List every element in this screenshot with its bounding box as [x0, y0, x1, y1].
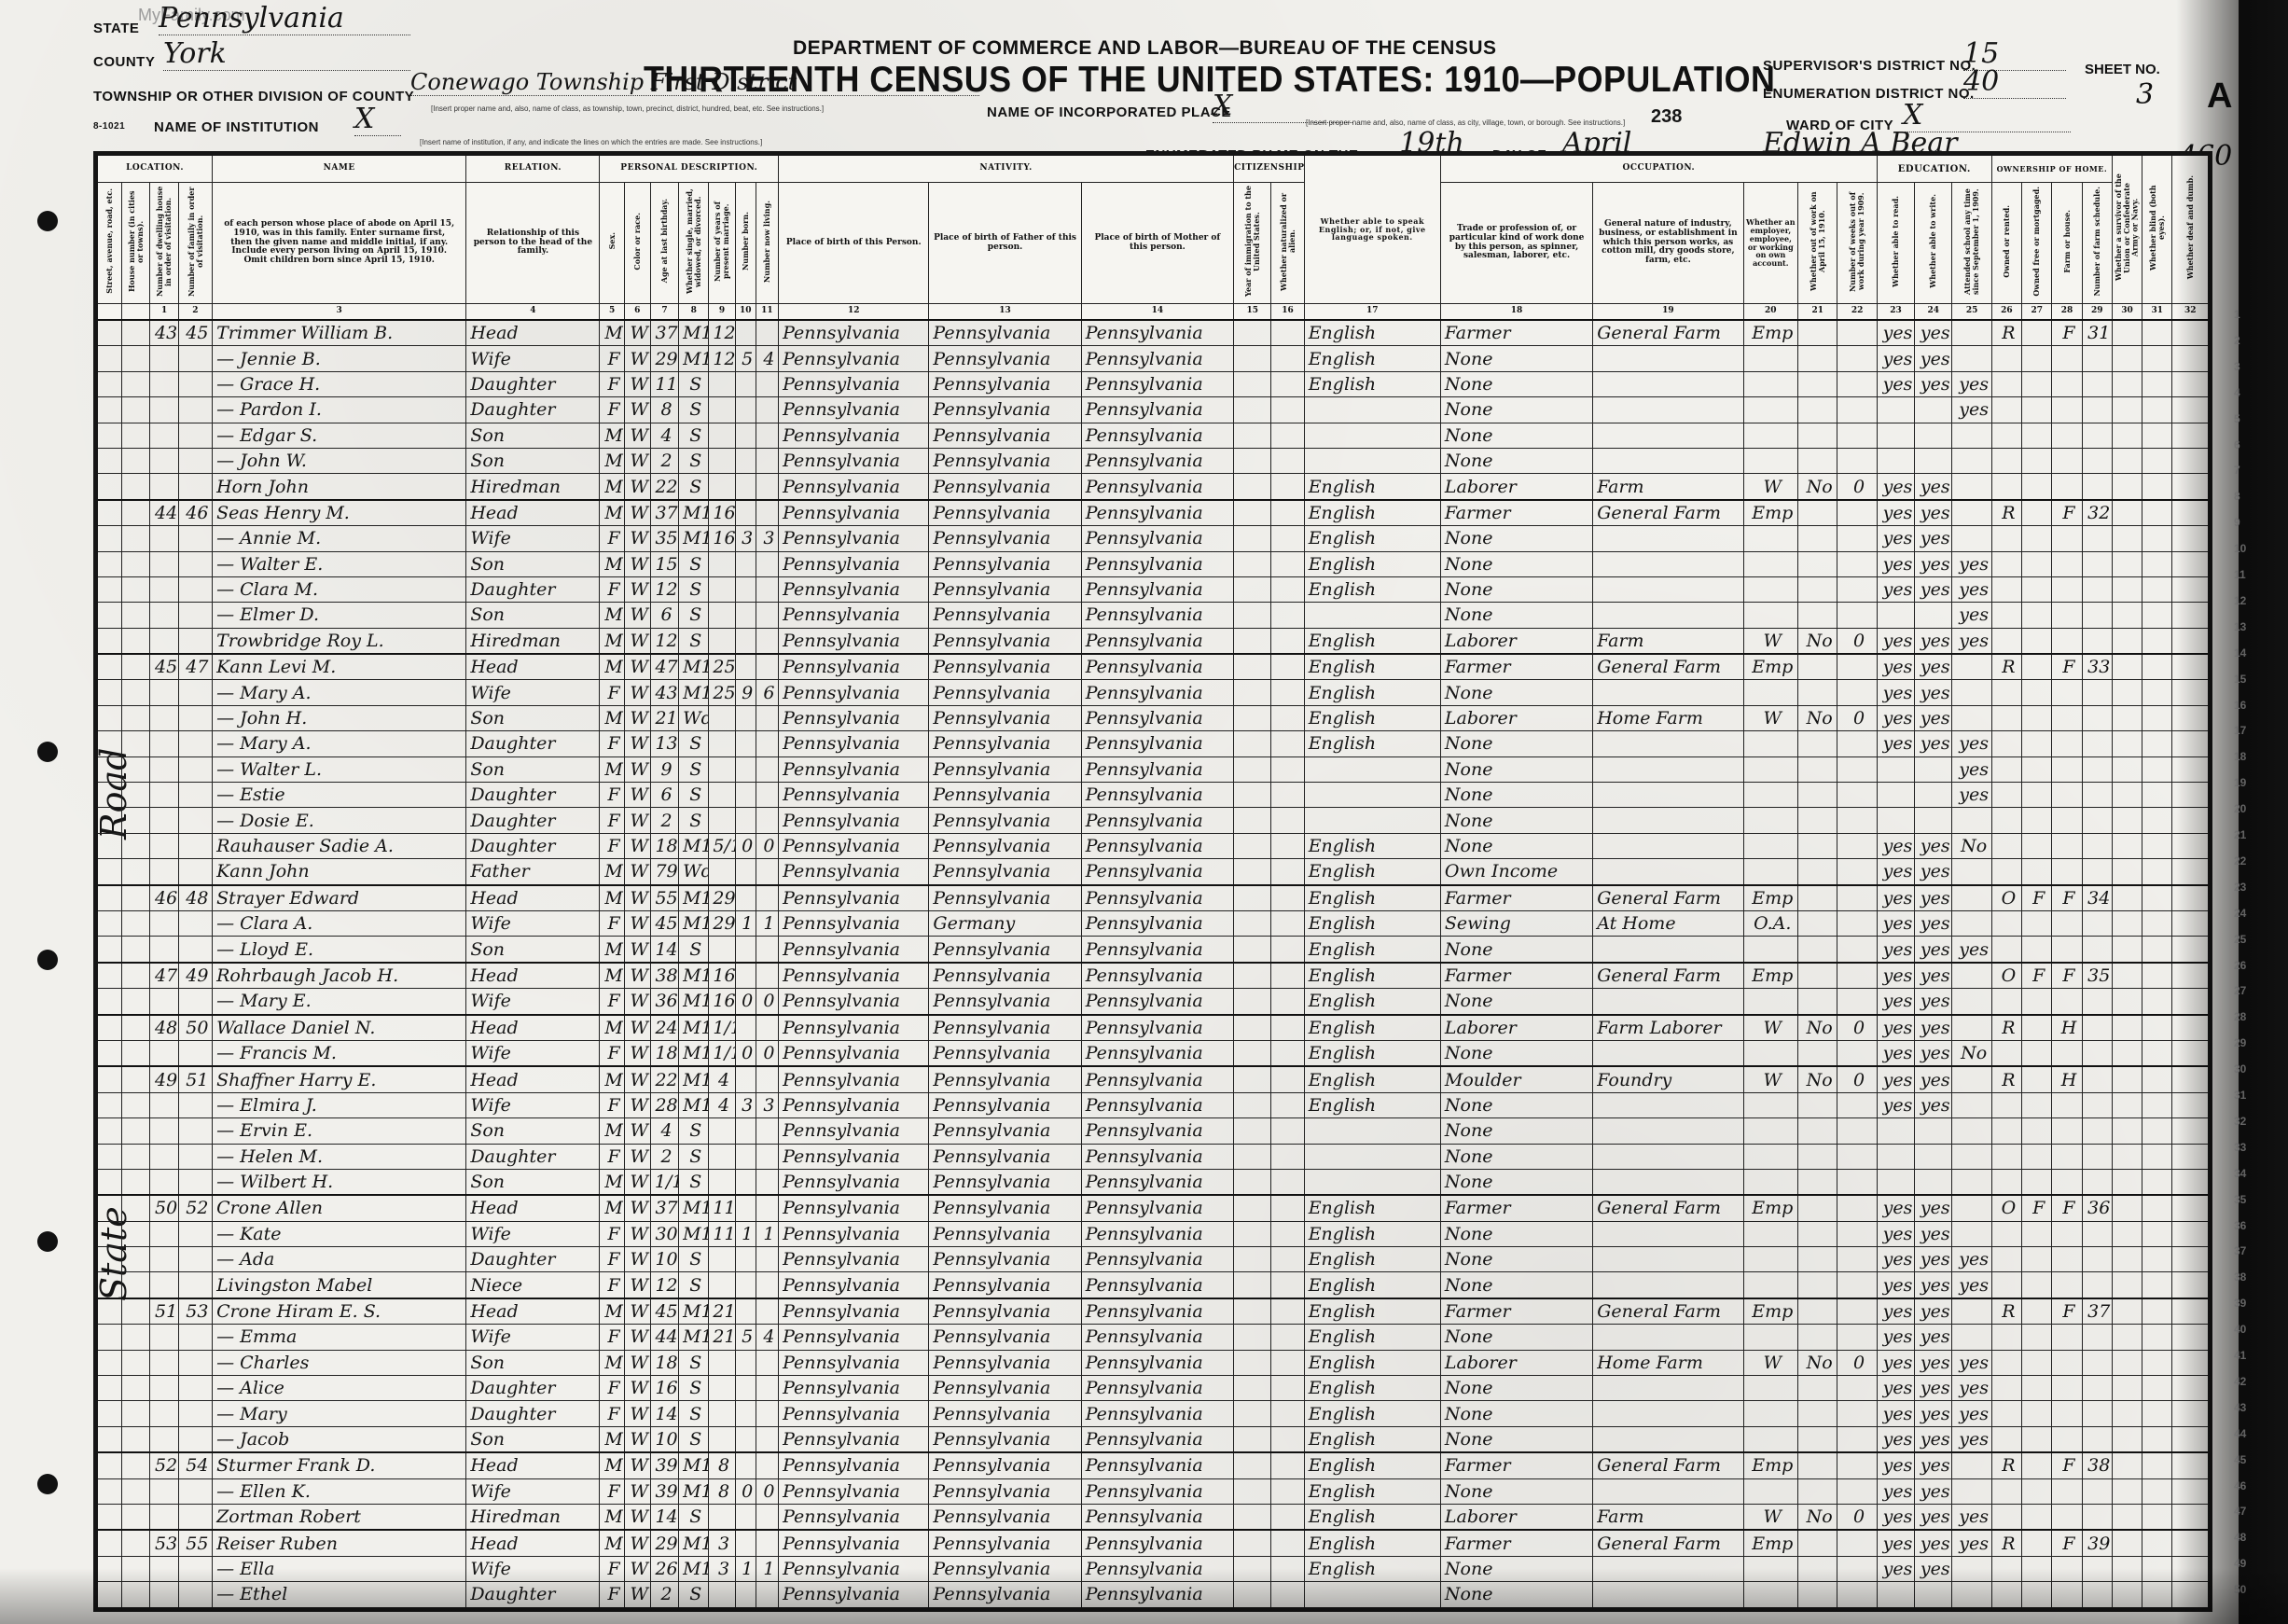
relationship-cell: Son — [466, 1118, 600, 1144]
blind-cell — [2142, 320, 2172, 346]
person-name-cell: Rauhauser Sadie A. — [213, 833, 466, 858]
naturalization-cell — [1271, 1272, 1304, 1298]
dwelling-number-cell — [150, 1426, 178, 1452]
column-number: 6 — [624, 304, 650, 321]
school-attendance-cell — [1952, 346, 1991, 371]
header-survivor: Whether a survivor of the Union or Confe… — [2112, 154, 2142, 304]
sex-cell: F — [600, 1478, 624, 1504]
person-name-cell: — Walter E. — [213, 551, 466, 576]
header-name: of each person whose place of abode on A… — [213, 183, 466, 304]
industry-cell — [1593, 1040, 1743, 1066]
free-mortgaged-cell — [2022, 423, 2052, 448]
birthplace-cell: Pennsylvania — [779, 705, 929, 730]
immigration-year-cell — [1234, 1015, 1271, 1041]
age-cell: 22 — [650, 1066, 678, 1092]
father-birthplace-cell: Pennsylvania — [929, 1478, 1081, 1504]
blind-cell — [2142, 1478, 2172, 1504]
free-mortgaged-cell — [2022, 1272, 2052, 1298]
school-attendance-cell: yes — [1952, 1426, 1991, 1452]
out-of-work-cell — [1798, 397, 1837, 423]
mother-birthplace-cell: Pennsylvania — [1081, 1195, 1233, 1221]
age-cell: 14 — [650, 1504, 678, 1530]
owned-rented-cell — [1991, 1272, 2021, 1298]
immigration-year-cell — [1234, 371, 1271, 396]
naturalization-cell — [1271, 1092, 1304, 1117]
family-number-cell: 54 — [178, 1452, 212, 1478]
dwelling-number-cell — [150, 576, 178, 602]
house-number-cell — [122, 1504, 150, 1530]
school-attendance-cell — [1952, 526, 1991, 551]
school-attendance-cell — [1952, 654, 1991, 680]
enumeration-district: 40 — [1963, 65, 2066, 99]
trade-cell: Farmer — [1440, 1530, 1592, 1556]
school-attendance-cell: yes — [1952, 731, 1991, 756]
blind-cell — [2142, 1040, 2172, 1066]
farm-house-cell — [2052, 910, 2082, 936]
relationship-cell: Son — [466, 1426, 600, 1452]
family-number-cell — [178, 1040, 212, 1066]
person-name-cell: — Edgar S. — [213, 423, 466, 448]
industry-cell: Farm — [1593, 1504, 1743, 1530]
trade-cell: None — [1440, 1040, 1592, 1066]
years-married-cell: 16 — [709, 963, 735, 989]
owned-rented-cell — [1991, 1144, 2021, 1169]
dwelling-number-cell — [150, 423, 178, 448]
age-cell: 9 — [650, 756, 678, 782]
naturalization-cell — [1271, 397, 1304, 423]
relationship-cell: Son — [466, 1350, 600, 1375]
father-birthplace-cell: Pennsylvania — [929, 1118, 1081, 1144]
house-number-cell — [122, 500, 150, 526]
farm-schedule-cell: 38 — [2082, 1452, 2112, 1478]
language-cell: English — [1304, 731, 1440, 756]
table-row: — Mary A.DaughterFW13SPennsylvaniaPennsy… — [96, 731, 2211, 756]
table-row: — Francis M.WifeFW18M11/1200Pennsylvania… — [96, 1040, 2211, 1066]
street-cell — [96, 1195, 122, 1221]
can-write-cell: yes — [1915, 1452, 1952, 1478]
owned-rented-cell: R — [1991, 1015, 2021, 1041]
free-mortgaged-cell — [2022, 397, 2052, 423]
house-number-cell — [122, 1169, 150, 1195]
dwelling-number-cell — [150, 628, 178, 654]
children-living-cell: 0 — [756, 833, 778, 858]
free-mortgaged-cell: F — [2022, 1195, 2052, 1221]
children-born-cell — [735, 937, 756, 963]
farm-house-cell: F — [2052, 654, 2082, 680]
marital-status-cell: M1 — [679, 1092, 709, 1117]
age-cell: 45 — [650, 1298, 678, 1325]
person-name-cell: Strayer Edward — [213, 885, 466, 911]
column-number: 3 — [213, 304, 466, 321]
farm-house-cell — [2052, 1092, 2082, 1117]
marital-status-cell: M1 — [679, 1015, 709, 1041]
children-living-cell — [756, 963, 778, 989]
street-cell — [96, 783, 122, 808]
language-cell: English — [1304, 1426, 1440, 1452]
out-of-work-cell: No — [1798, 1504, 1837, 1530]
children-living-cell: 1 — [756, 910, 778, 936]
out-of-work-cell — [1798, 1530, 1837, 1556]
age-cell: 13 — [650, 731, 678, 756]
naturalization-cell — [1271, 1015, 1304, 1041]
children-living-cell — [756, 474, 778, 500]
dwelling-number-cell — [150, 448, 178, 473]
industry-cell — [1593, 526, 1743, 551]
header-marital: Whether single, married, widowed, or div… — [679, 183, 709, 304]
farm-house-cell: F — [2052, 500, 2082, 526]
can-read-cell — [1877, 397, 1914, 423]
age-cell: 79 — [650, 859, 678, 885]
naturalization-cell — [1271, 1221, 1304, 1246]
industry-cell — [1593, 1426, 1743, 1452]
weeks-out-cell — [1837, 1195, 1877, 1221]
race-cell: W — [624, 1092, 650, 1117]
weeks-out-cell — [1837, 320, 1877, 346]
farm-house-cell — [2052, 371, 2082, 396]
trade-cell: Laborer — [1440, 1015, 1592, 1041]
language-cell — [1304, 603, 1440, 628]
owned-rented-cell — [1991, 808, 2021, 833]
weeks-out-cell — [1837, 910, 1877, 936]
family-number-cell — [178, 783, 212, 808]
children-born-cell — [735, 423, 756, 448]
can-write-cell: yes — [1915, 937, 1952, 963]
relationship-cell: Son — [466, 937, 600, 963]
veteran-cell — [2112, 680, 2142, 705]
years-married-cell: 11 — [709, 1195, 735, 1221]
children-living-cell — [756, 1376, 778, 1401]
table-row: 4749Rohrbaugh Jacob H.HeadMW38M116Pennsy… — [96, 963, 2211, 989]
children-born-cell — [735, 1298, 756, 1325]
children-born-cell — [735, 603, 756, 628]
marital-status-cell: S — [679, 551, 709, 576]
owned-rented-cell — [1991, 989, 2021, 1015]
birthplace-cell: Pennsylvania — [779, 1092, 929, 1117]
weeks-out-cell — [1837, 500, 1877, 526]
table-row: — AliceDaughterFW16SPennsylvaniaPennsylv… — [96, 1376, 2211, 1401]
years-married-cell: 16 — [709, 989, 735, 1015]
out-of-work-cell — [1798, 448, 1837, 473]
table-row: — Lloyd E.SonMW14SPennsylvaniaPennsylvan… — [96, 937, 2211, 963]
relationship-cell: Wife — [466, 526, 600, 551]
children-born-cell — [735, 1118, 756, 1144]
employment-class-cell — [1743, 783, 1797, 808]
race-cell: W — [624, 783, 650, 808]
children-living-cell — [756, 1426, 778, 1452]
free-mortgaged-cell — [2022, 551, 2052, 576]
owned-rented-cell — [1991, 1478, 2021, 1504]
veteran-cell — [2112, 1376, 2142, 1401]
owned-rented-cell — [1991, 603, 2021, 628]
weeks-out-cell — [1837, 833, 1877, 858]
naturalization-cell — [1271, 526, 1304, 551]
table-row: 4951Shaffner Harry E.HeadMW22M14Pennsylv… — [96, 1066, 2211, 1092]
relationship-cell: Wife — [466, 1092, 600, 1117]
children-born-cell — [735, 628, 756, 654]
children-born-cell — [735, 474, 756, 500]
person-name-cell: — Mary — [213, 1401, 466, 1426]
weeks-out-cell — [1837, 808, 1877, 833]
column-number: 23 — [1877, 304, 1914, 321]
trade-cell: None — [1440, 1118, 1592, 1144]
sex-cell: M — [600, 474, 624, 500]
header-sex: Sex. — [600, 183, 624, 304]
trade-cell: Farmer — [1440, 1298, 1592, 1325]
can-read-cell: yes — [1877, 1247, 1914, 1272]
dwelling-number-cell — [150, 1376, 178, 1401]
mother-birthplace-cell: Pennsylvania — [1081, 1401, 1233, 1426]
industry-cell — [1593, 346, 1743, 371]
column-number: 13 — [929, 304, 1081, 321]
farm-house-cell — [2052, 1350, 2082, 1375]
mother-birthplace-cell: Pennsylvania — [1081, 1504, 1233, 1530]
immigration-year-cell — [1234, 1452, 1271, 1478]
table-row: 5153Crone Hiram E. S.HeadMW45M121Pennsyl… — [96, 1298, 2211, 1325]
children-born-cell — [735, 963, 756, 989]
father-birthplace-cell: Pennsylvania — [929, 1401, 1081, 1426]
race-cell: W — [624, 551, 650, 576]
relationship-cell: Son — [466, 756, 600, 782]
naturalization-cell — [1271, 808, 1304, 833]
sex-cell: M — [600, 1530, 624, 1556]
birthplace-cell: Pennsylvania — [779, 989, 929, 1015]
age-cell: 6 — [650, 603, 678, 628]
sex-cell: M — [600, 1298, 624, 1325]
group-nativity: NATIVITY. — [779, 154, 1234, 183]
race-cell: W — [624, 937, 650, 963]
house-number-cell — [122, 1325, 150, 1350]
employment-class-cell — [1743, 1426, 1797, 1452]
out-of-work-cell: No — [1798, 705, 1837, 730]
veteran-cell — [2112, 705, 2142, 730]
race-cell: W — [624, 1530, 650, 1556]
header-birth-mother: Place of birth of Mother of this person. — [1081, 183, 1233, 304]
naturalization-cell — [1271, 1195, 1304, 1221]
naturalization-cell — [1271, 576, 1304, 602]
free-mortgaged-cell — [2022, 1144, 2052, 1169]
naturalization-cell — [1271, 320, 1304, 346]
can-read-cell: yes — [1877, 551, 1914, 576]
employment-class-cell: Emp — [1743, 963, 1797, 989]
farm-schedule-cell — [2082, 1040, 2112, 1066]
can-write-cell: yes — [1915, 1040, 1952, 1066]
free-mortgaged-cell: F — [2022, 885, 2052, 911]
mother-birthplace-cell: Pennsylvania — [1081, 397, 1233, 423]
naturalization-cell — [1271, 731, 1304, 756]
employment-class-cell — [1743, 603, 1797, 628]
blind-cell — [2142, 1298, 2172, 1325]
farm-schedule-cell — [2082, 1272, 2112, 1298]
children-born-cell — [735, 1426, 756, 1452]
veteran-cell — [2112, 885, 2142, 911]
industry-cell: General Farm — [1593, 654, 1743, 680]
language-cell: English — [1304, 371, 1440, 396]
mother-birthplace-cell: Pennsylvania — [1081, 526, 1233, 551]
out-of-work-cell — [1798, 937, 1837, 963]
mother-birthplace-cell: Pennsylvania — [1081, 1426, 1233, 1452]
free-mortgaged-cell — [2022, 910, 2052, 936]
person-name-cell: Reiser Ruben — [213, 1530, 466, 1556]
veteran-cell — [2112, 1066, 2142, 1092]
can-write-cell — [1915, 1169, 1952, 1195]
employment-class-cell — [1743, 731, 1797, 756]
race-cell: W — [624, 1195, 650, 1221]
group-occupation: OCCUPATION. — [1440, 154, 1877, 183]
dwelling-number-cell — [150, 1144, 178, 1169]
owned-rented-cell — [1991, 910, 2021, 936]
person-name-cell: — Francis M. — [213, 1040, 466, 1066]
weeks-out-cell — [1837, 859, 1877, 885]
house-number-cell — [122, 989, 150, 1015]
sex-cell: F — [600, 397, 624, 423]
veteran-cell — [2112, 500, 2142, 526]
house-number-cell — [122, 1530, 150, 1556]
marital-status-cell: M1 — [679, 500, 709, 526]
naturalization-cell — [1271, 963, 1304, 989]
father-birthplace-cell: Pennsylvania — [929, 1376, 1081, 1401]
owned-rented-cell — [1991, 397, 2021, 423]
free-mortgaged-cell — [2022, 783, 2052, 808]
dwelling-number-cell — [150, 1478, 178, 1504]
table-row: Kann JohnFatherMW79WdPennsylvaniaPennsyl… — [96, 859, 2211, 885]
header-blind: Whether blind (both eyes). — [2142, 154, 2172, 304]
employment-class-cell — [1743, 808, 1797, 833]
farm-house-cell — [2052, 346, 2082, 371]
industry-cell — [1593, 1144, 1743, 1169]
column-number: 17 — [1304, 304, 1440, 321]
street-cell — [96, 1092, 122, 1117]
age-cell: 15 — [650, 551, 678, 576]
marital-status-cell: M1 — [679, 1298, 709, 1325]
mother-birthplace-cell: Pennsylvania — [1081, 1530, 1233, 1556]
weeks-out-cell: 0 — [1837, 474, 1877, 500]
race-cell: W — [624, 1066, 650, 1092]
blind-cell — [2142, 551, 2172, 576]
marital-status-cell: S — [679, 1401, 709, 1426]
blind-cell — [2142, 526, 2172, 551]
street-cell — [96, 937, 122, 963]
immigration-year-cell — [1234, 1426, 1271, 1452]
children-born-cell — [735, 448, 756, 473]
marital-status-cell: M1 — [679, 320, 709, 346]
sex-cell: F — [600, 680, 624, 705]
race-cell: W — [624, 910, 650, 936]
farm-schedule-cell — [2082, 989, 2112, 1015]
header-street: Street, avenue, road, etc. — [96, 183, 122, 304]
relationship-cell: Wife — [466, 346, 600, 371]
person-name-cell: — Kate — [213, 1221, 466, 1246]
naturalization-cell — [1271, 859, 1304, 885]
trade-cell: Farmer — [1440, 500, 1592, 526]
weeks-out-cell — [1837, 756, 1877, 782]
language-cell: English — [1304, 1376, 1440, 1401]
institution-hint: [Insert name of institution, if any, and… — [420, 138, 762, 146]
sex-cell: M — [600, 1066, 624, 1092]
can-read-cell: yes — [1877, 680, 1914, 705]
column-number: 12 — [779, 304, 929, 321]
table-row: — Ervin E.SonMW4SPennsylvaniaPennsylvani… — [96, 1118, 2211, 1144]
industry-cell: General Farm — [1593, 1195, 1743, 1221]
mother-birthplace-cell: Pennsylvania — [1081, 885, 1233, 911]
blind-cell — [2142, 371, 2172, 396]
farm-schedule-cell — [2082, 1221, 2112, 1246]
age-cell: 43 — [650, 680, 678, 705]
free-mortgaged-cell — [2022, 346, 2052, 371]
owned-rented-cell — [1991, 628, 2021, 654]
owned-rented-cell — [1991, 526, 2021, 551]
school-attendance-cell — [1952, 448, 1991, 473]
birthplace-cell: Pennsylvania — [779, 654, 929, 680]
can-read-cell: yes — [1877, 1195, 1914, 1221]
sex-cell: M — [600, 500, 624, 526]
family-number-cell — [178, 603, 212, 628]
relationship-cell: Daughter — [466, 576, 600, 602]
birthplace-cell: Pennsylvania — [779, 1376, 929, 1401]
house-number-cell — [122, 474, 150, 500]
farm-schedule-cell — [2082, 1015, 2112, 1041]
can-write-cell — [1915, 1144, 1952, 1169]
mother-birthplace-cell: Pennsylvania — [1081, 576, 1233, 602]
house-number-cell — [122, 1015, 150, 1041]
can-write-cell: yes — [1915, 1530, 1952, 1556]
sex-cell: M — [600, 1452, 624, 1478]
farm-schedule-cell: 34 — [2082, 885, 2112, 911]
marital-status-cell: S — [679, 576, 709, 602]
naturalization-cell — [1271, 783, 1304, 808]
industry-cell — [1593, 808, 1743, 833]
race-cell: W — [624, 526, 650, 551]
street-cell — [96, 833, 122, 858]
industry-cell — [1593, 731, 1743, 756]
naturalization-cell — [1271, 1325, 1304, 1350]
years-married-cell — [709, 808, 735, 833]
blind-cell — [2142, 628, 2172, 654]
blind-cell — [2142, 808, 2172, 833]
veteran-cell — [2112, 1325, 2142, 1350]
marital-status-cell: S — [679, 1169, 709, 1195]
years-married-cell: 25 — [709, 680, 735, 705]
race-cell: W — [624, 1504, 650, 1530]
dwelling-number-cell — [150, 371, 178, 396]
page-bottom-shadow — [0, 1568, 2288, 1624]
free-mortgaged-cell — [2022, 603, 2052, 628]
industry-cell: Farm Laborer — [1593, 1015, 1743, 1041]
family-number-cell: 51 — [178, 1066, 212, 1092]
mother-birthplace-cell: Pennsylvania — [1081, 808, 1233, 833]
children-born-cell: 0 — [735, 1478, 756, 1504]
father-birthplace-cell: Pennsylvania — [929, 576, 1081, 602]
header-read: Whether able to read. — [1877, 183, 1914, 304]
weeks-out-cell — [1837, 371, 1877, 396]
can-read-cell: yes — [1877, 1040, 1914, 1066]
farm-schedule-cell — [2082, 1247, 2112, 1272]
mother-birthplace-cell: Pennsylvania — [1081, 320, 1233, 346]
family-number-cell — [178, 1350, 212, 1375]
dwelling-number-cell — [150, 551, 178, 576]
farm-house-cell — [2052, 474, 2082, 500]
industry-cell — [1593, 603, 1743, 628]
farm-house-cell — [2052, 1118, 2082, 1144]
person-name-cell: Trowbridge Roy L. — [213, 628, 466, 654]
can-read-cell: yes — [1877, 1401, 1914, 1426]
trade-cell: None — [1440, 680, 1592, 705]
dwelling-number-cell — [150, 1221, 178, 1246]
blind-cell — [2142, 1376, 2172, 1401]
trade-cell: Farmer — [1440, 963, 1592, 989]
owned-rented-cell — [1991, 1169, 2021, 1195]
blind-cell — [2142, 1401, 2172, 1426]
farm-house-cell — [2052, 448, 2082, 473]
